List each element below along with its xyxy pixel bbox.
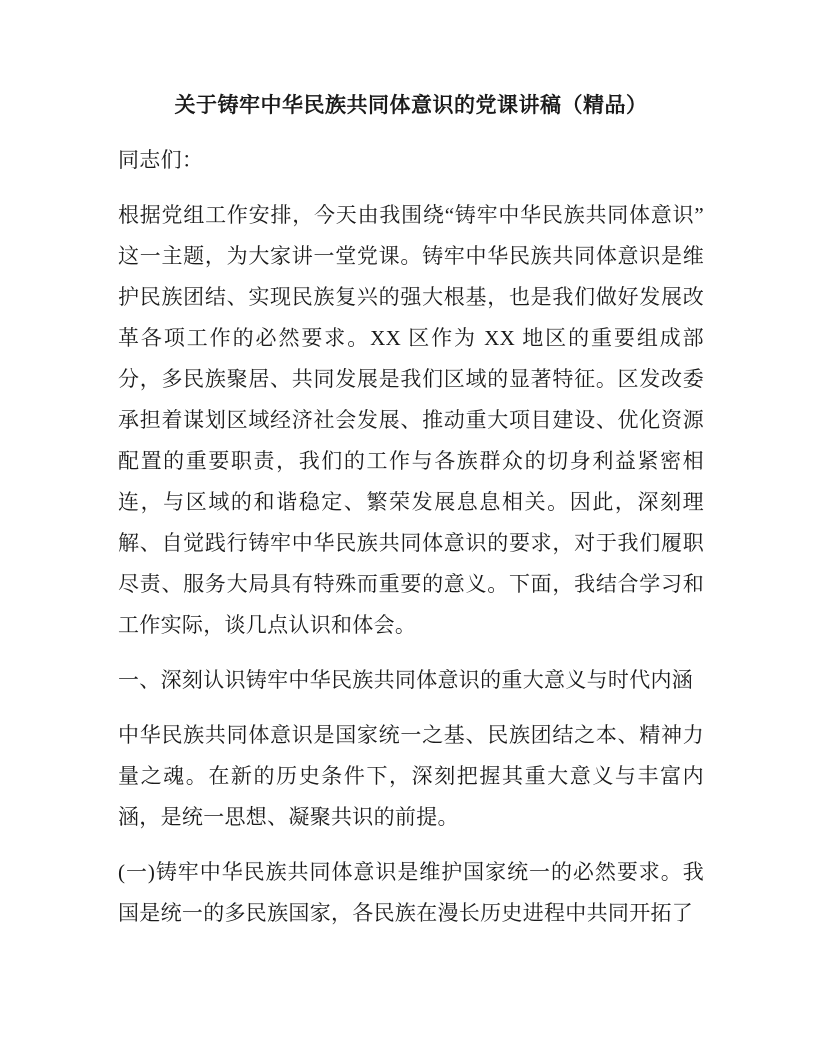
document-page: 关于铸牢中华民族共同体意识的党课讲稿（精品） 同志们： 根据党组工作安排，今天由… (0, 0, 816, 1056)
section-1-heading: 一、深刻认识铸牢中华民族共同体意识的重大意义与时代内涵 (118, 660, 704, 701)
intro-paragraph: 根据党组工作安排，今天由我围绕“铸牢中华民族共同体意识”这一主题，为大家讲一堂党… (118, 195, 704, 646)
section-1-intro-paragraph: 中华民族共同体意识是国家统一之基、民族团结之本、精神力量之魂。在新的历史条件下，… (118, 715, 704, 838)
document-title: 关于铸牢中华民族共同体意识的党课讲稿（精品） (118, 85, 704, 126)
salutation: 同志们： (118, 140, 704, 181)
point-1-paragraph: (一)铸牢中华民族共同体意识是维护国家统一的必然要求。我国是统一的多民族国家，各… (118, 852, 704, 934)
